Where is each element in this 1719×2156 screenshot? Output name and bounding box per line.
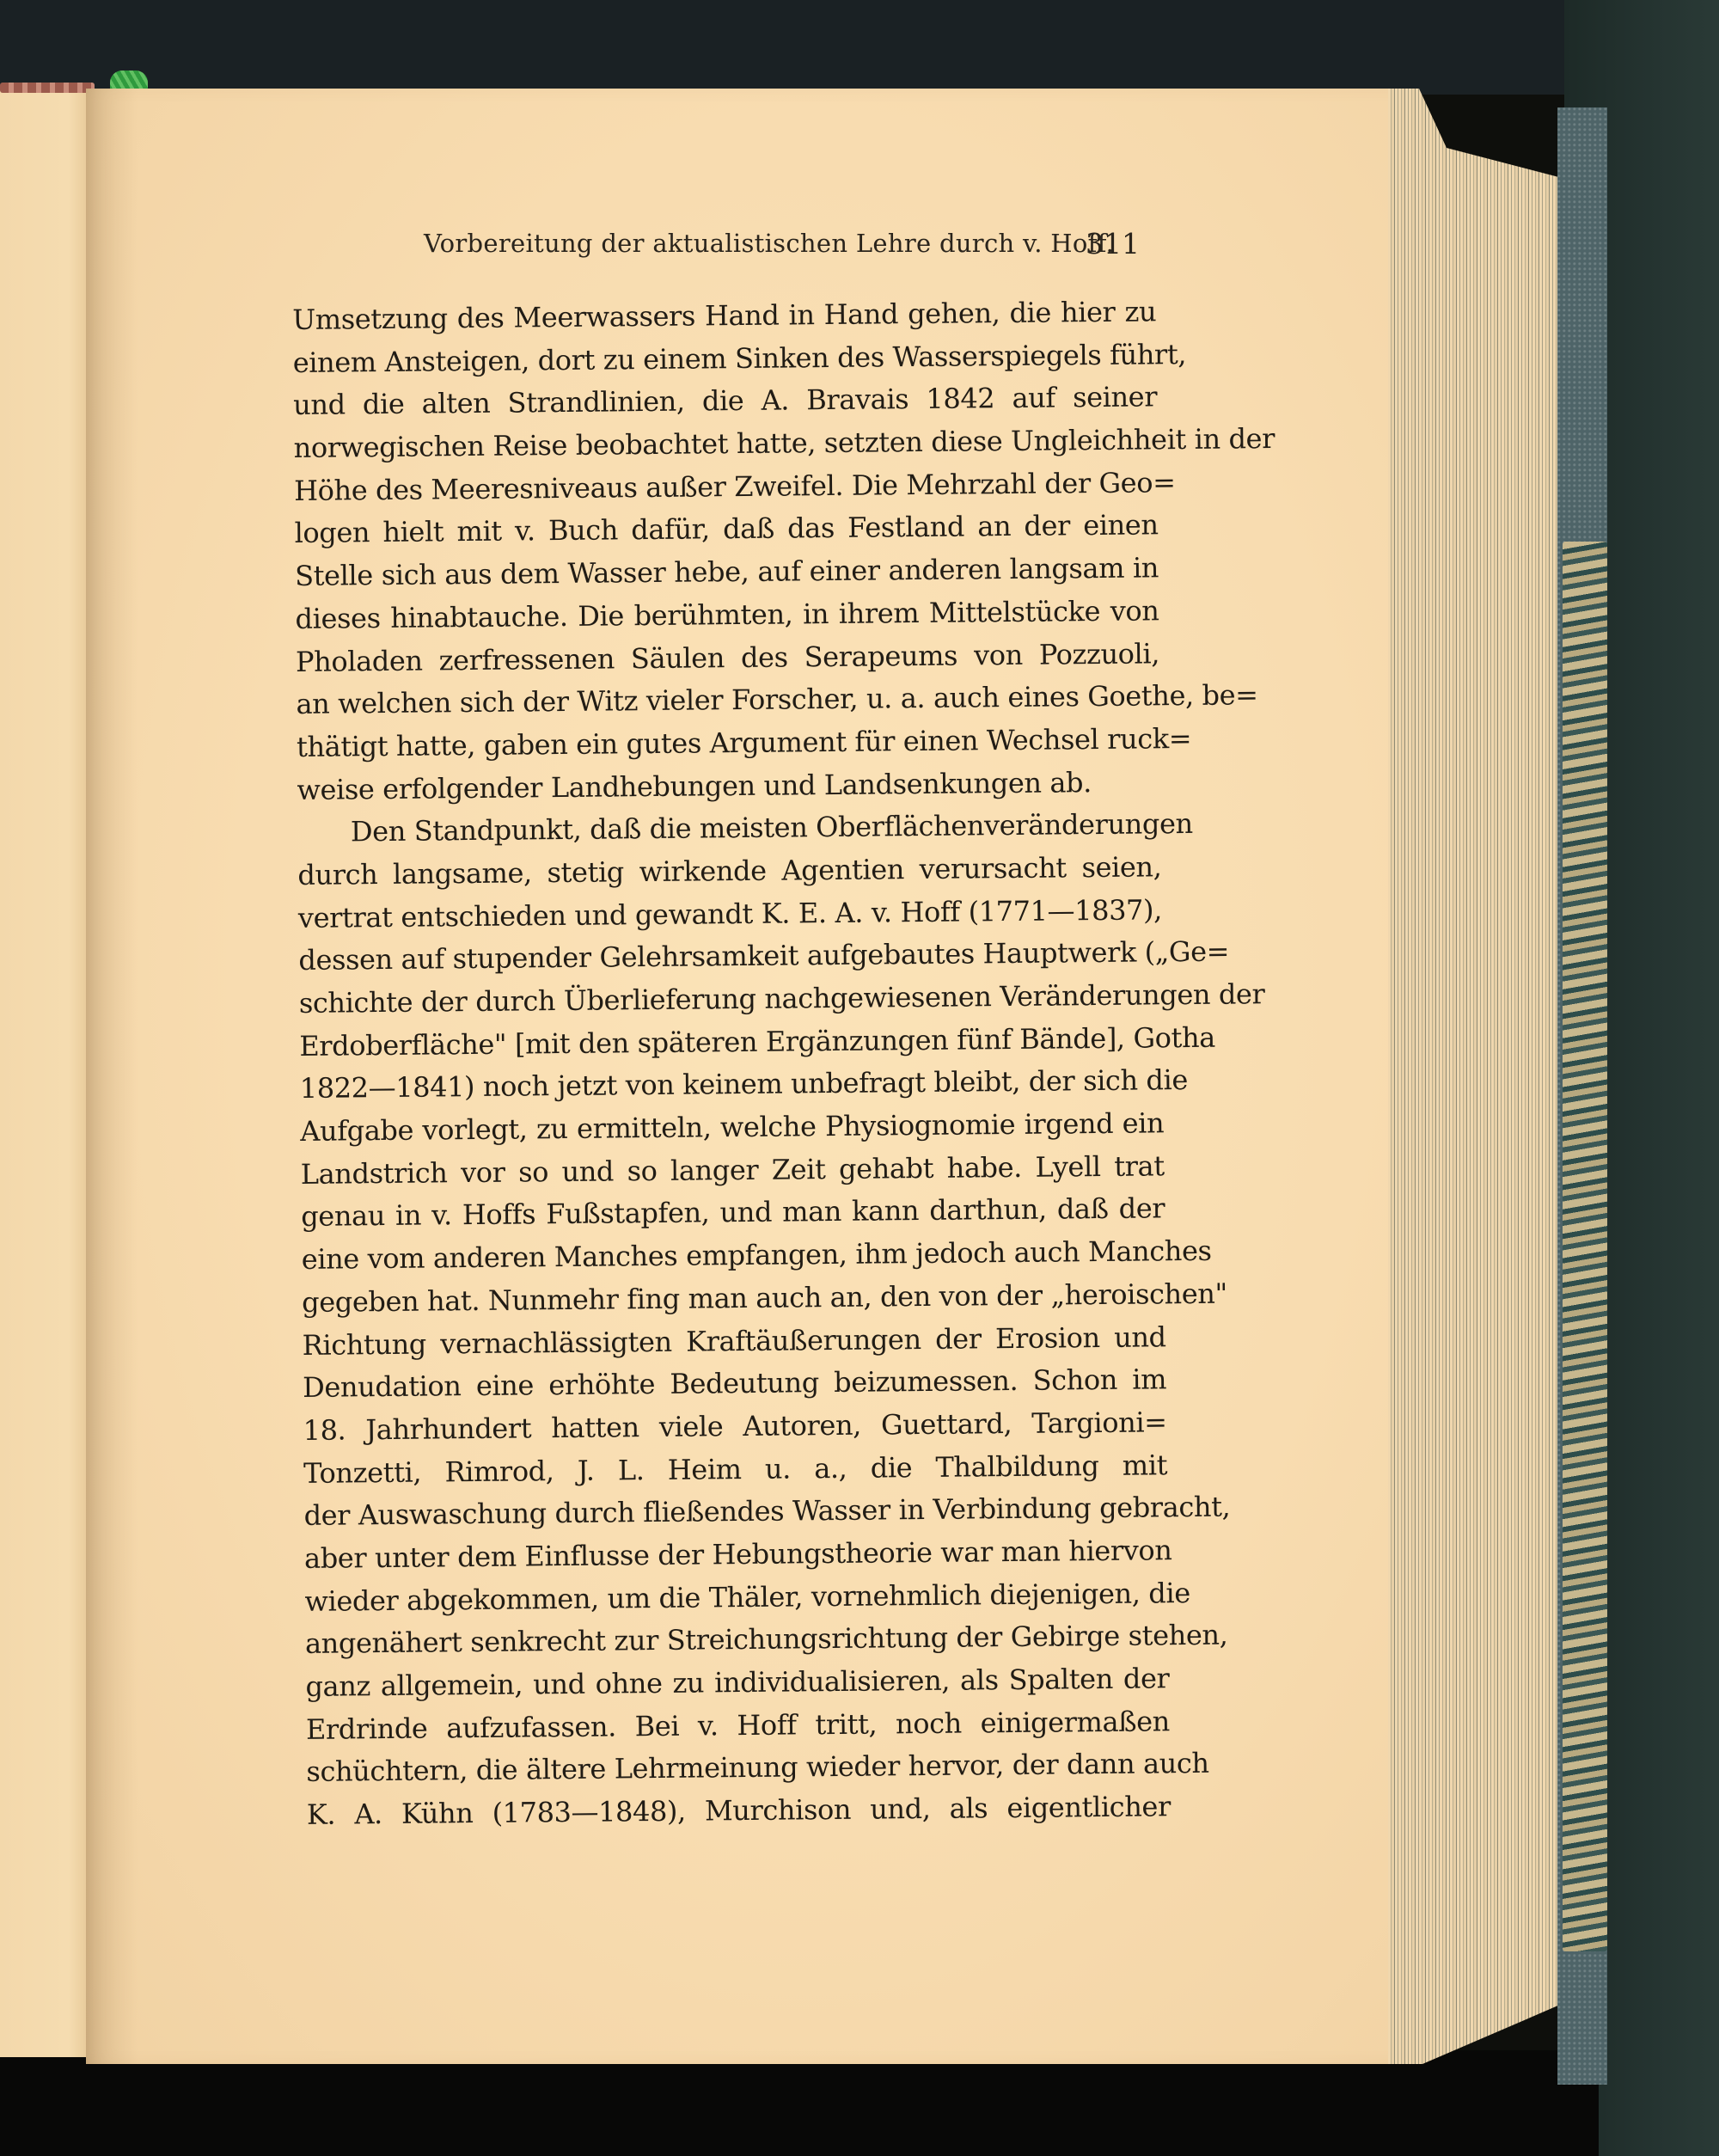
headband: [0, 83, 95, 93]
text-line: schichte der durch Überlieferung nachgew…: [299, 974, 1163, 1025]
text-line: durch langsame, stetig wirkende Agentien…: [297, 846, 1161, 897]
running-head: Vorbereitung der aktualistischen Lehre d…: [424, 229, 1154, 272]
left-page-edge: [0, 89, 88, 2057]
text-line: gegeben hat. Nunmehr fing man auch an, d…: [302, 1273, 1165, 1324]
marbled-endpaper: [1563, 542, 1607, 1951]
text-line: K. A. Kühn (1783—1848), Murchison und, a…: [307, 1785, 1171, 1836]
text-line: thätigt hatte, gaben ein gutes Argument …: [297, 718, 1160, 769]
scan-backdrop-bottom: [0, 2050, 1599, 2156]
text-line: 18. Jahrhundert hatten viele Autoren, Gu…: [303, 1401, 1166, 1452]
text-line: aber unter dem Einflusse der Hebungstheo…: [304, 1529, 1168, 1580]
body-text: Umsetzung des Meerwassers Hand in Hand g…: [292, 291, 1171, 1836]
page-number: 311: [1086, 227, 1140, 260]
page-fore-edge: [1388, 89, 1560, 2064]
text-line: dieses hinabtauche. Die berühmten, in ih…: [295, 590, 1159, 640]
scan-backdrop-top: [0, 0, 1719, 95]
gutter-shadow: [86, 89, 138, 2064]
